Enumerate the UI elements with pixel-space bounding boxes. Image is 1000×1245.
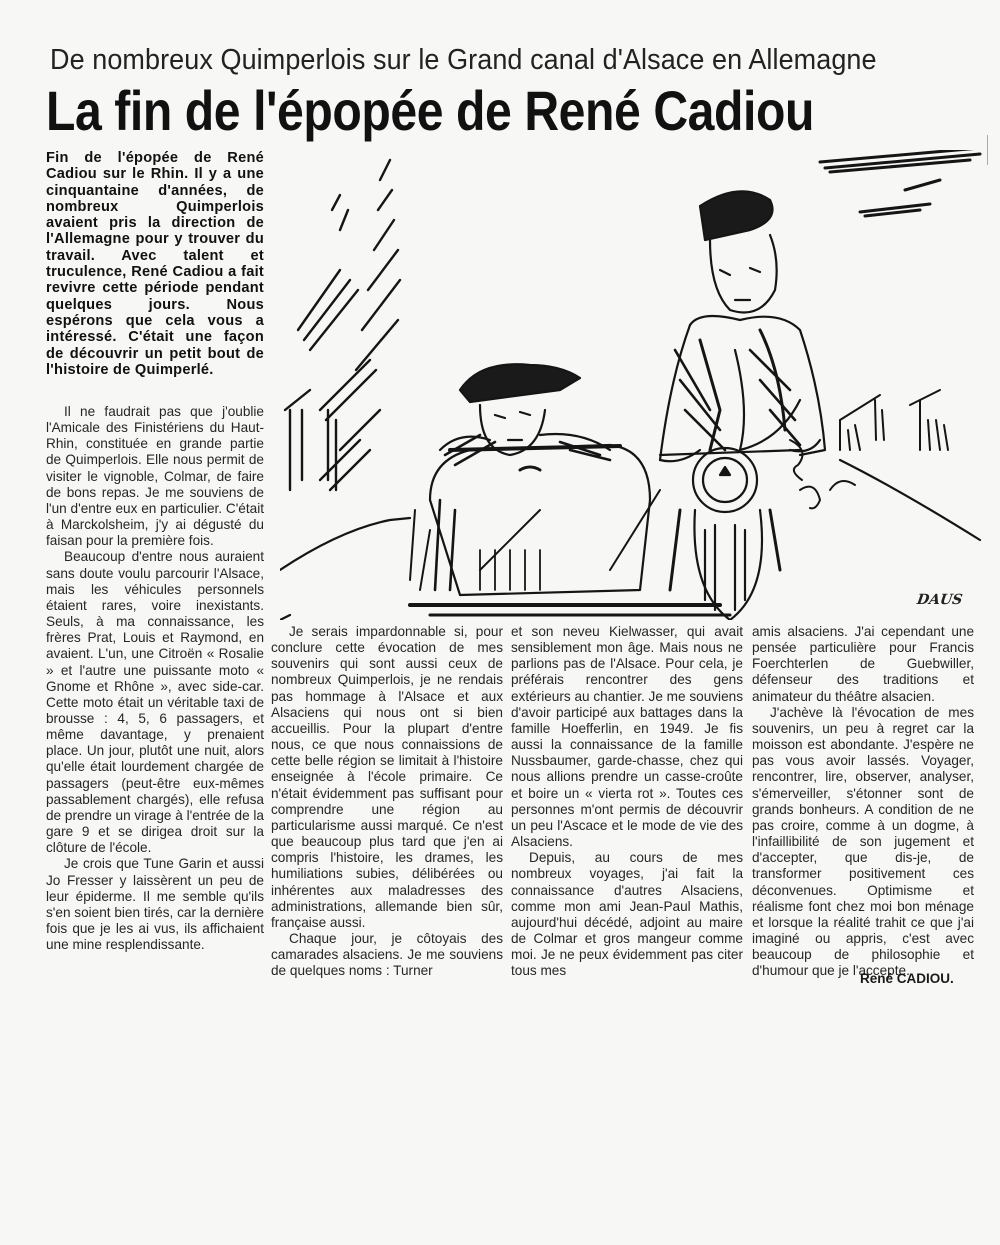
author-signature: René CADIOU.	[860, 971, 954, 986]
paragraph: Je serais impardonnable si, pour conclur…	[271, 624, 503, 931]
road-lines	[280, 460, 980, 620]
article-column-3: et son neveu Kielwasser, qui avait sensi…	[511, 624, 743, 979]
newspaper-clipping: De nombreux Quimperlois sur le Grand can…	[0, 0, 1000, 1245]
bush-strokes	[840, 390, 948, 450]
article-column-4: amis alsaciens. J'ai cependant une pensé…	[752, 624, 974, 979]
paragraph: Depuis, au cours de mes nombreux voyages…	[511, 850, 743, 979]
paragraph: amis alsaciens. J'ai cependant une pensé…	[752, 624, 974, 705]
illustrator-signature: DAUS	[916, 592, 964, 608]
paragraph: Beaucoup d'entre nous auraient sans dout…	[46, 549, 264, 856]
paragraph: Il ne faudrait pas que j'oublie l'Amical…	[46, 404, 264, 549]
article-kicker: De nombreux Quimperlois sur le Grand can…	[50, 44, 868, 77]
paragraph: Je crois que Tune Garin et aussi Jo Fres…	[46, 856, 264, 953]
article-column-1: Il ne faudrait pas que j'oublie l'Amical…	[46, 404, 264, 953]
lede-paragraph: Fin de l'épopée de René Cadiou sur le Rh…	[46, 150, 264, 378]
paragraph: J'achève là l'évocation de mes souvenirs…	[752, 705, 974, 980]
sky-hatching	[820, 150, 980, 216]
paragraph: Chaque jour, je côtoyais des camarades a…	[271, 931, 503, 979]
article-lede: Fin de l'épopée de René Cadiou sur le Rh…	[46, 150, 264, 378]
sidecar-motorcycle-illustration	[280, 150, 990, 620]
article-column-2: Je serais impardonnable si, pour conclur…	[271, 624, 503, 979]
scan-edge-mark	[987, 135, 988, 165]
article-headline: La fin de l'épopée de René Cadiou	[46, 78, 820, 143]
background-hatching	[285, 160, 400, 490]
rider	[660, 191, 825, 461]
motorcycle	[660, 448, 800, 620]
paragraph: et son neveu Kielwasser, qui avait sensi…	[511, 624, 743, 850]
sidecar	[410, 445, 730, 615]
